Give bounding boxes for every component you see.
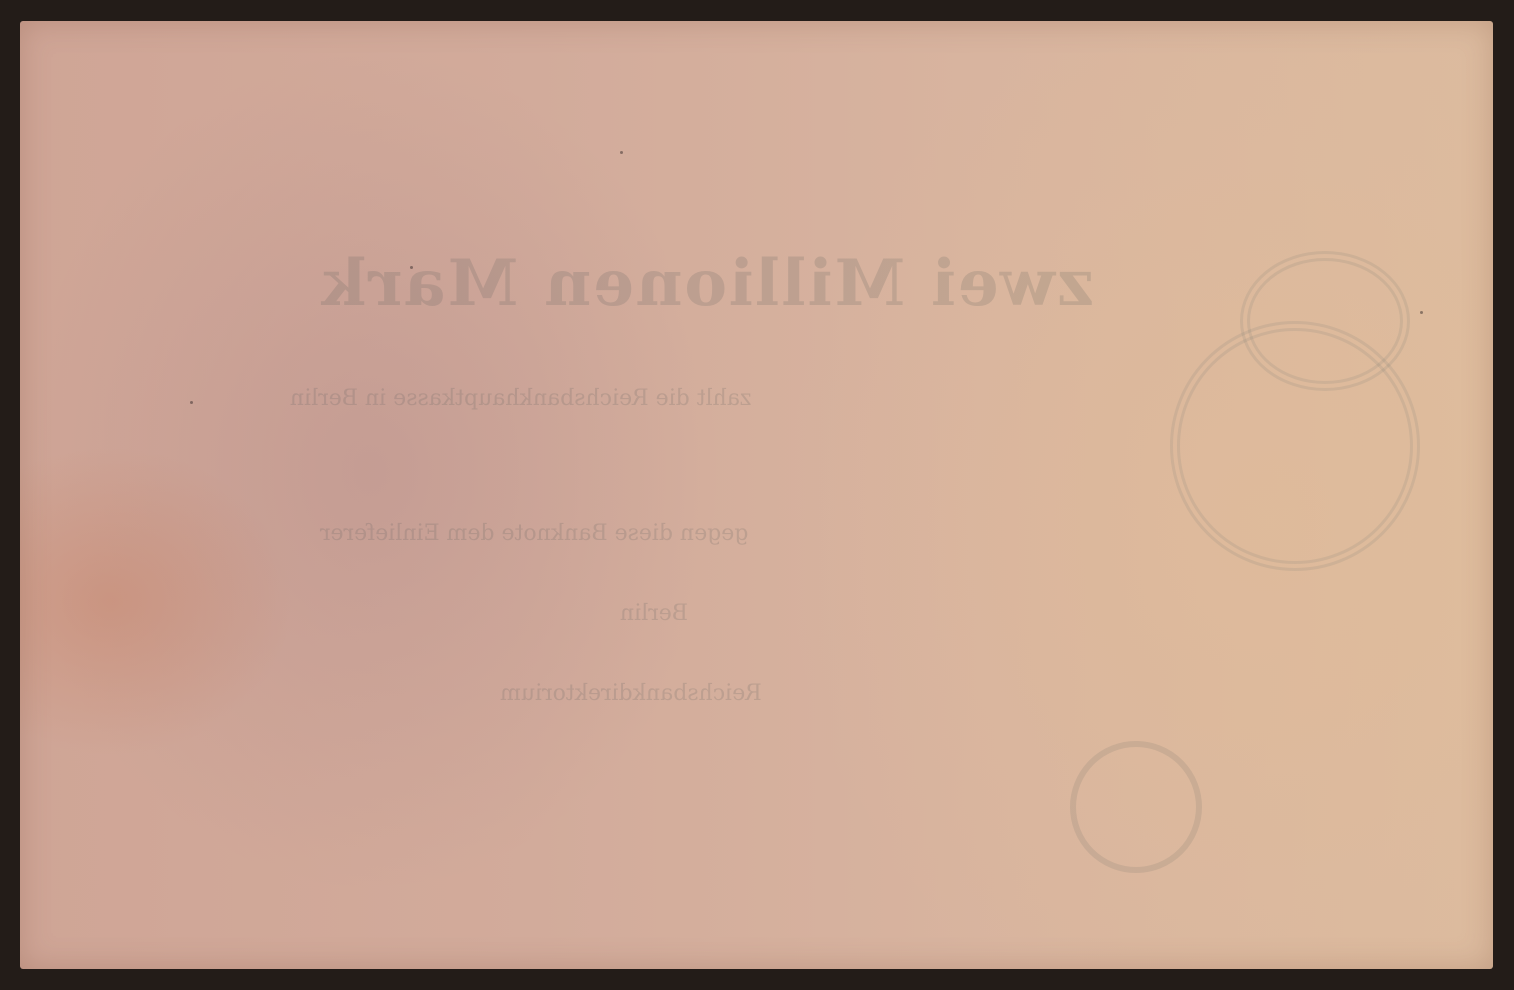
rosette-ornament [1240,251,1410,391]
show-through-title: zwei Millionen Mark [320,246,1094,321]
speck [1420,311,1423,314]
show-through-line: gegen diese Banknote dem Einlieferer [320,521,748,546]
banknote: zwei Millionen Mark zahlt die Reichsbank… [20,21,1493,969]
speck [190,401,193,404]
show-through-line: Reichsbankdirektorium [500,681,762,706]
seal-ornament [1070,741,1202,873]
speck [620,151,623,154]
speck [410,266,413,269]
show-through-line: zahlt die Reichsbankhauptkasse in Berlin [290,386,752,411]
show-through-line: Berlin [620,601,688,626]
